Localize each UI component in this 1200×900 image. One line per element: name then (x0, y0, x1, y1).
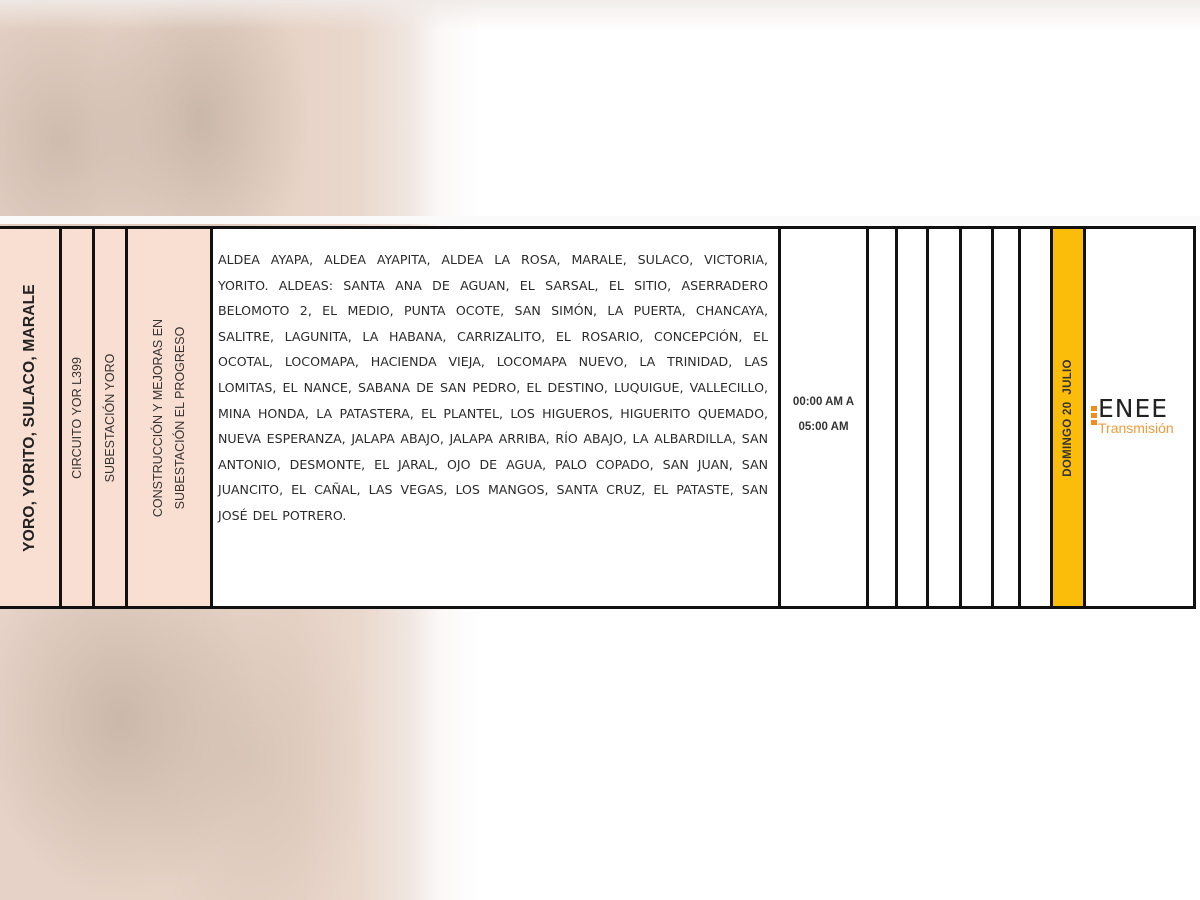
date-label: DOMINGO 20 JULIO (1062, 359, 1074, 477)
region-cell: YORO, YORITO, SULACO, MARALE (0, 229, 62, 606)
time-window-cell: 00:00 AM A 05:00 AM (781, 229, 869, 606)
work-description: CONSTRUCCIÓN Y MEJORAS EN SUBESTACIÓN EL… (147, 318, 191, 516)
substation-label: SUBESTACIÓN YORO (103, 353, 117, 482)
time-end: 05:00 AM (793, 415, 854, 440)
work-description-line-1: CONSTRUCCIÓN Y MEJORAS EN (147, 318, 169, 516)
day-column-empty (869, 229, 898, 606)
circuit-cell: CIRCUITO YOR L399 (62, 229, 95, 606)
enee-logo: ENEE Transmisión (1091, 396, 1174, 435)
day-column-empty (929, 229, 962, 606)
day-column-empty (898, 229, 929, 606)
time-window: 00:00 AM A 05:00 AM (793, 390, 854, 440)
time-start: 00:00 AM A (793, 390, 854, 415)
logo-name: ENEE (1098, 396, 1174, 421)
affected-areas-text: ALDEA AYAPA, ALDEA AYAPITA, ALDEA LA ROS… (218, 247, 768, 529)
date-cell: DOMINGO 20 JULIO (1053, 229, 1086, 606)
outage-schedule-row: YORO, YORITO, SULACO, MARALE CIRCUITO YO… (0, 226, 1196, 609)
background-fade (0, 0, 1200, 30)
logo-cell: ENEE Transmisión (1086, 229, 1193, 606)
divider-band (0, 216, 1200, 224)
enee-logo-icon (1091, 406, 1097, 425)
day-column-empty (962, 229, 994, 606)
circuit-label: CIRCUITO YOR L399 (70, 357, 84, 479)
region-label: YORO, YORITO, SULACO, MARALE (21, 284, 39, 552)
day-column-empty (1021, 229, 1053, 606)
affected-areas-cell: ALDEA AYAPA, ALDEA AYAPITA, ALDEA LA ROS… (213, 229, 781, 606)
logo-subtitle: Transmisión (1098, 421, 1174, 435)
substation-cell: SUBESTACIÓN YORO (95, 229, 128, 606)
work-description-line-2: SUBESTACIÓN EL PROGRESO (169, 318, 191, 516)
work-description-cell: CONSTRUCCIÓN Y MEJORAS EN SUBESTACIÓN EL… (128, 229, 213, 606)
day-column-empty (994, 229, 1021, 606)
